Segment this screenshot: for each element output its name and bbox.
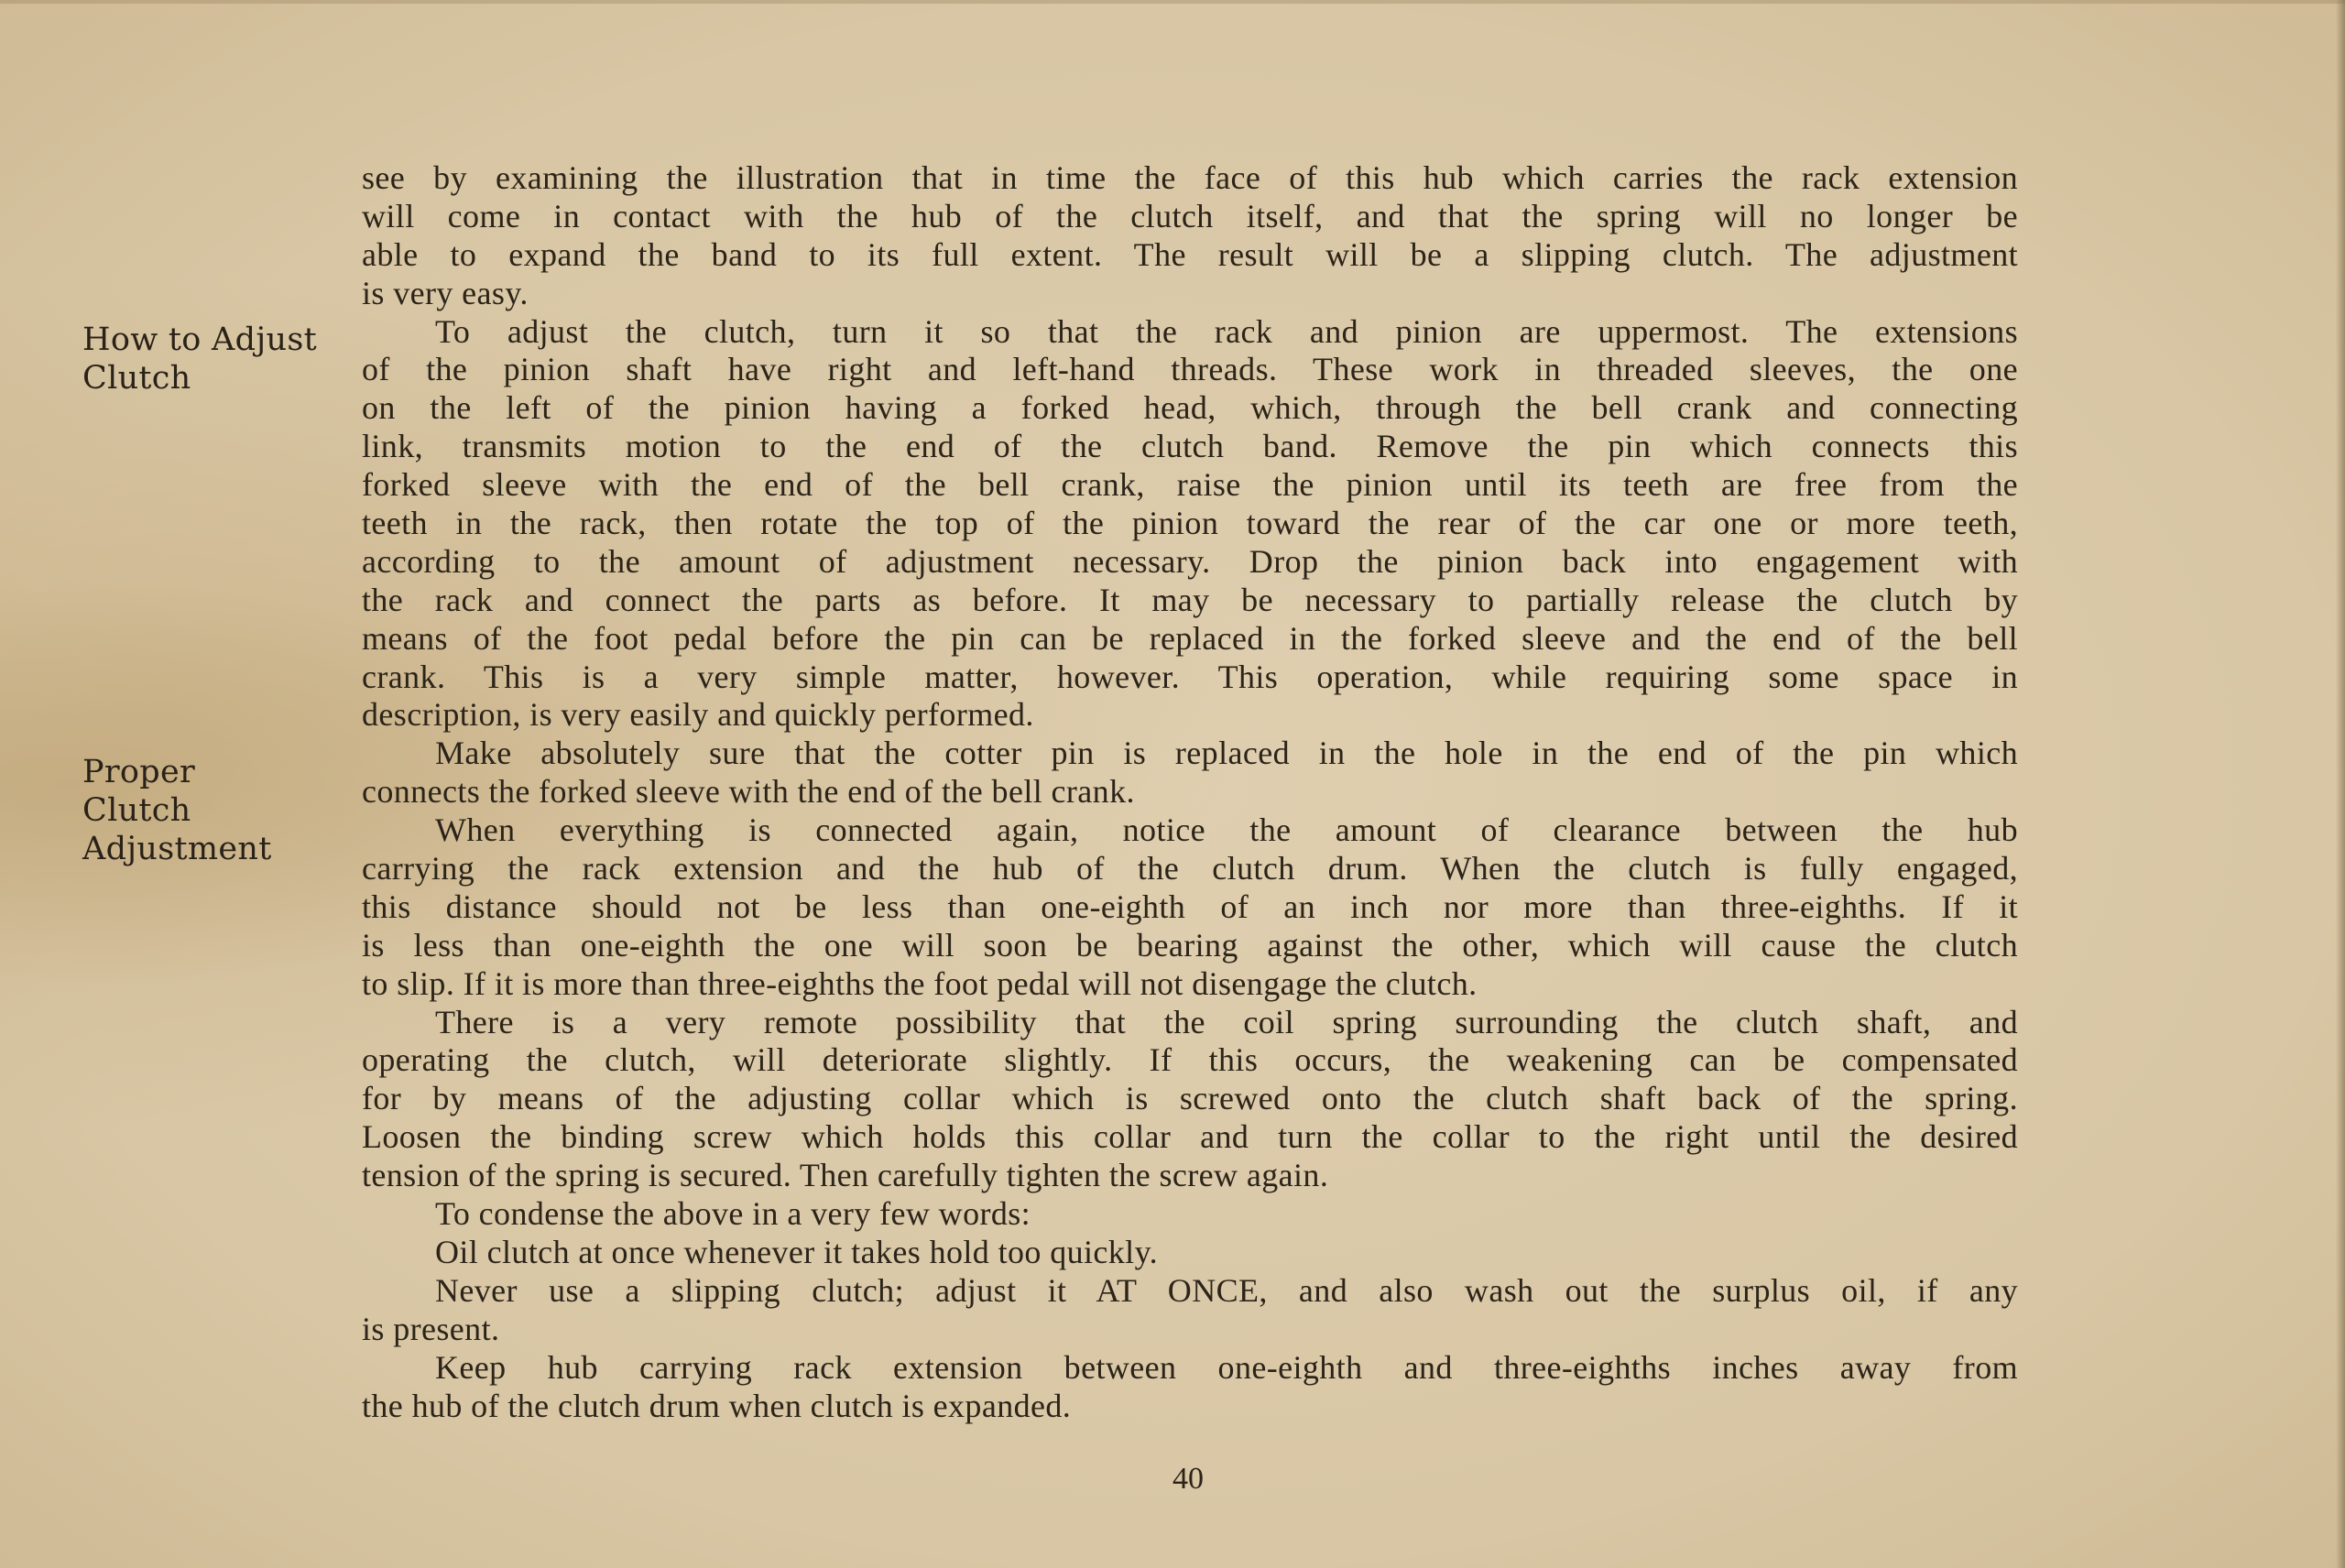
text-line: crank. This is a very simple matter, how…	[362, 659, 2018, 697]
text-line: is present.	[362, 1311, 2018, 1349]
paragraph-start-line: To condense the above in a very few word…	[362, 1195, 2018, 1234]
paragraph-start-line: Make absolutely sure that the cotter pin…	[362, 735, 2018, 773]
paragraph-start-line: Keep hub carrying rack extension between…	[362, 1349, 2018, 1388]
sidenote-line: Adjustment	[82, 830, 357, 868]
paragraph-start-line: There is a very remote possibility that …	[362, 1004, 2018, 1042]
paragraph-start-line: To adjust the clutch, turn it so that th…	[362, 313, 2018, 352]
text-line: the rack and connect the parts as before…	[362, 582, 2018, 620]
body-text: see by examining the illustration that i…	[362, 159, 2018, 1425]
paragraph-start-line: Oil clutch at once whenever it takes hol…	[362, 1234, 2018, 1272]
text-line: on the left of the pinion having a forke…	[362, 389, 2018, 428]
text-line: Loosen the binding screw which holds thi…	[362, 1118, 2018, 1157]
text-line: according to the amount of adjustment ne…	[362, 543, 2018, 582]
sidenote-line: Proper	[82, 753, 357, 791]
text-line: the hub of the clutch drum when clutch i…	[362, 1388, 2018, 1426]
text-line: this distance should not be less than on…	[362, 888, 2018, 927]
text-line: is less than one-eighth the one will soo…	[362, 927, 2018, 965]
text-line: for by means of the adjusting collar whi…	[362, 1080, 2018, 1118]
page-number: 40	[1172, 1462, 1204, 1497]
text-line: connects the forked sleeve with the end …	[362, 773, 2018, 811]
paragraph-start-line: Never use a slipping clutch; adjust it A…	[362, 1272, 2018, 1311]
text-line: see by examining the illustration that i…	[362, 159, 2018, 198]
text-line: teeth in the rack, then rotate the top o…	[362, 505, 2018, 543]
text-line: operating the clutch, will deteriorate s…	[362, 1041, 2018, 1080]
text-line: of the pinion shaft have right and left-…	[362, 351, 2018, 389]
text-line: is very easy.	[362, 275, 2018, 313]
sidenote-line: Clutch	[82, 359, 357, 397]
text-line: carrying the rack extension and the hub …	[362, 850, 2018, 888]
text-line: description, is very easily and quickly …	[362, 696, 2018, 735]
document-page: How to Adjust Clutch Proper Clutch Adjus…	[0, 0, 2345, 1568]
sidenote-line: Clutch	[82, 791, 357, 830]
text-line: will come in contact with the hub of the…	[362, 198, 2018, 236]
sidenote-how-to-adjust-clutch: How to Adjust Clutch	[82, 321, 357, 397]
text-line: tension of the spring is secured. Then c…	[362, 1157, 2018, 1195]
text-line: link, transmits motion to the end of the…	[362, 428, 2018, 466]
text-line: able to expand the band to its full exte…	[362, 236, 2018, 275]
paragraph-start-line: When everything is connected again, noti…	[362, 811, 2018, 850]
text-line: forked sleeve with the end of the bell c…	[362, 466, 2018, 505]
page-right-edge	[2336, 0, 2345, 1568]
page-top-edge	[0, 0, 2345, 4]
sidenote-proper-clutch-adjustment: Proper Clutch Adjustment	[82, 753, 357, 868]
text-line: to slip. If it is more than three-eighth…	[362, 965, 2018, 1004]
sidenote-line: How to Adjust	[82, 321, 357, 359]
text-line: means of the foot pedal before the pin c…	[362, 620, 2018, 659]
